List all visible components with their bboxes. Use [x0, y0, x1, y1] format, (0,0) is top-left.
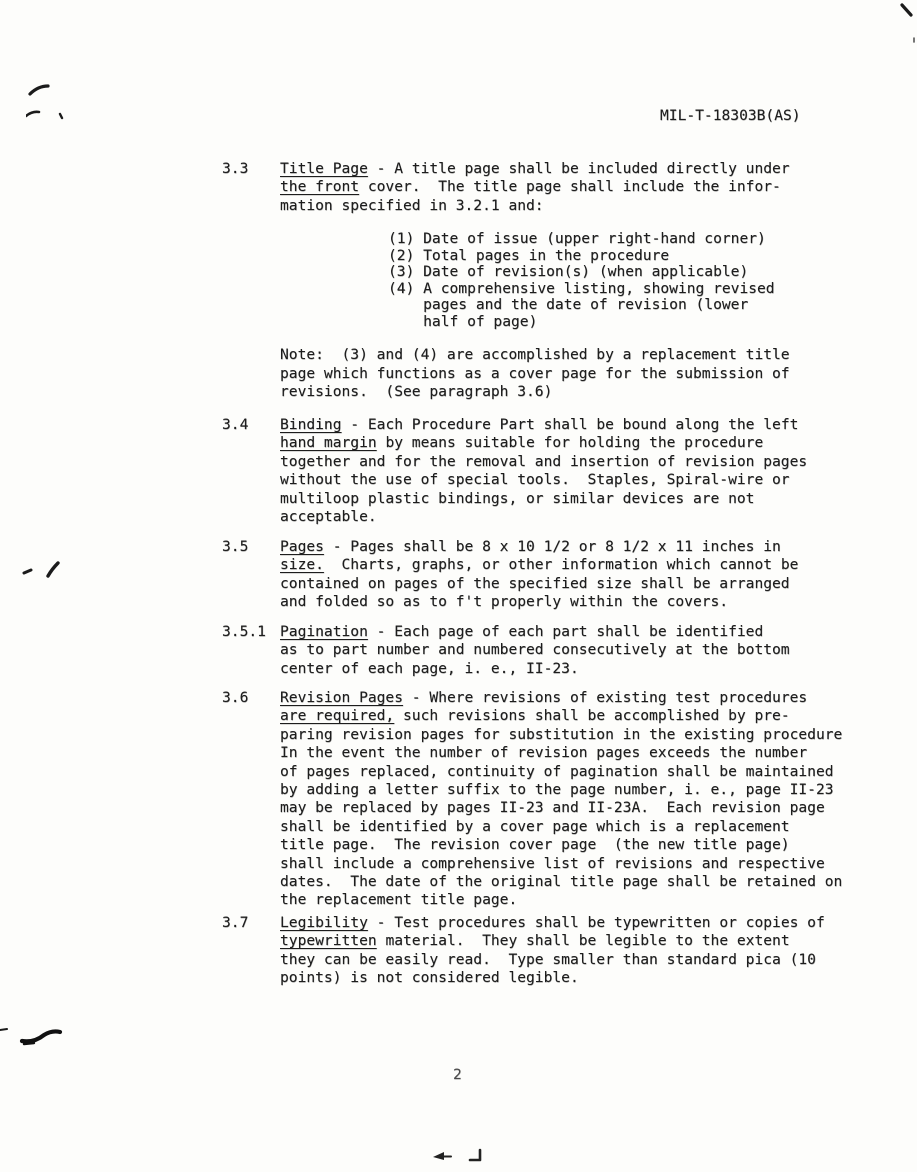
- section-number: 3.5.1: [222, 623, 280, 640]
- pen-mark-mid-left: [20, 560, 64, 580]
- text-line: as to part number and numbered consecuti…: [280, 641, 790, 659]
- line-text: cover. The title page shall include the …: [359, 178, 781, 195]
- note-paragraph: Note: (3) and (4) are accomplished by a …: [280, 346, 790, 401]
- text-line: the replacement title page.: [280, 891, 842, 909]
- text-line: half of page): [388, 314, 790, 331]
- section-number: 3.4: [222, 416, 280, 433]
- line-text: (2) Total pages in the procedure: [388, 247, 669, 264]
- section-body: Title Page - A title page shall be inclu…: [280, 160, 790, 401]
- line-text: - Each Procedure Part shall be bound alo…: [342, 416, 799, 433]
- text-line: Note: (3) and (4) are accomplished by a …: [280, 346, 790, 364]
- line-text: and folded so as to f't properly within …: [280, 593, 728, 610]
- line-text: paring revision pages for substitution i…: [280, 726, 842, 743]
- underlined-text: Revision Pages: [280, 689, 403, 706]
- section-number: 3.5: [222, 538, 280, 555]
- line-text: (3) Date of revision(s) (when applicable…: [388, 263, 748, 280]
- text-line: hand margin by means suitable for holdin…: [280, 434, 807, 452]
- text-line: (3) Date of revision(s) (when applicable…: [388, 264, 790, 281]
- print-artifact-bottom-center: [428, 1146, 492, 1168]
- section-3-5-1: 3.5.1 Pagination - Each page of each par…: [222, 623, 790, 678]
- paragraph: Pagination - Each page of each part shal…: [280, 623, 790, 678]
- text-line: In the event the number of revision page…: [280, 744, 842, 762]
- line-text: Charts, graphs, or other information whi…: [324, 556, 798, 573]
- line-text: by adding a letter suffix to the page nu…: [280, 781, 834, 798]
- line-text: pages and the date of revision (lower: [388, 296, 748, 313]
- line-text: page which functions as a cover page for…: [280, 365, 790, 382]
- text-line: page which functions as a cover page for…: [280, 365, 790, 383]
- text-line: size. Charts, graphs, or other informati…: [280, 556, 798, 574]
- pen-mark-bottom-left: [0, 1022, 70, 1050]
- line-text: Note: (3) and (4) are accomplished by a …: [280, 346, 790, 363]
- underlined-text: size.: [280, 556, 324, 573]
- text-line: they can be easily read. Type smaller th…: [280, 951, 825, 969]
- text-line: contained on pages of the specified size…: [280, 575, 798, 593]
- line-text: acceptable.: [280, 508, 377, 525]
- line-text: contained on pages of the specified size…: [280, 575, 790, 592]
- paragraph: Pages - Pages shall be 8 x 10 1/2 or 8 1…: [280, 538, 798, 612]
- section-3-7: 3.7 Legibility - Test procedures shall b…: [222, 914, 825, 988]
- text-line: Pages - Pages shall be 8 x 10 1/2 or 8 1…: [280, 538, 798, 556]
- underlined-text: Title Page: [280, 160, 368, 177]
- line-text: as to part number and numbered consecuti…: [280, 641, 790, 658]
- text-line: Revision Pages - Where revisions of exis…: [280, 689, 842, 707]
- text-line: Binding - Each Procedure Part shall be b…: [280, 416, 807, 434]
- text-line: typewritten material. They shall be legi…: [280, 932, 825, 950]
- line-text: dates. The date of the original title pa…: [280, 873, 842, 890]
- text-line: multiloop plastic bindings, or similar d…: [280, 490, 807, 508]
- underlined-text: are required,: [280, 707, 394, 724]
- text-line: shall include a comprehensive list of re…: [280, 855, 842, 873]
- section-body: Pagination - Each page of each part shal…: [280, 623, 790, 678]
- text-line: by adding a letter suffix to the page nu…: [280, 781, 842, 799]
- section-body: Revision Pages - Where revisions of exis…: [280, 689, 842, 910]
- line-text: without the use of special tools. Staple…: [280, 471, 790, 488]
- section-3-4: 3.4 Binding - Each Procedure Part shall …: [222, 416, 807, 526]
- text-line: points) is not considered legible.: [280, 969, 825, 987]
- text-line: may be replaced by pages II-23 and II-23…: [280, 799, 842, 817]
- line-text: multiloop plastic bindings, or similar d…: [280, 490, 754, 507]
- page-number: 2: [453, 1066, 462, 1083]
- underlined-text: Binding: [280, 416, 342, 433]
- line-text: shall be identified by a cover page whic…: [280, 818, 790, 835]
- spec-number: MIL-T-18303B(AS): [660, 107, 801, 124]
- section-number: 3.7: [222, 914, 280, 931]
- text-line: title page. The revision cover page (the…: [280, 836, 842, 854]
- paragraph: Title Page - A title page shall be inclu…: [280, 160, 790, 215]
- text-line: center of each page, i. e., II-23.: [280, 660, 790, 678]
- text-line: revisions. (See paragraph 3.6): [280, 383, 790, 401]
- underlined-text: Legibility: [280, 914, 368, 931]
- text-line: (4) A comprehensive listing, showing rev…: [388, 281, 790, 298]
- line-text: - Test procedures shall be typewritten o…: [368, 914, 825, 931]
- pen-mark-top-left: [26, 82, 76, 124]
- numbered-list: (1) Date of issue (upper right-hand corn…: [388, 231, 790, 330]
- line-text: by means suitable for holding the proced…: [377, 434, 764, 451]
- line-text: (1) Date of issue (upper right-hand corn…: [388, 230, 766, 247]
- line-text: title page. The revision cover page (the…: [280, 836, 790, 853]
- line-text: shall include a comprehensive list of re…: [280, 855, 825, 872]
- line-text: - Pages shall be 8 x 10 1/2 or 8 1/2 x 1…: [324, 538, 781, 555]
- section-3-3: 3.3 Title Page - A title page shall be i…: [222, 160, 790, 401]
- underlined-text: Pages: [280, 538, 324, 555]
- line-text: the replacement title page.: [280, 891, 517, 908]
- text-line: Title Page - A title page shall be inclu…: [280, 160, 790, 178]
- line-text: together and for the removal and inserti…: [280, 453, 807, 470]
- text-line: without the use of special tools. Staple…: [280, 471, 807, 489]
- text-line: acceptable.: [280, 508, 807, 526]
- text-line: are required, such revisions shall be ac…: [280, 707, 842, 725]
- pen-mark-top-right: [898, 2, 917, 46]
- line-text: of pages replaced, continuity of paginat…: [280, 763, 834, 780]
- line-text: - Where revisions of existing test proce…: [403, 689, 807, 706]
- line-text: half of page): [388, 313, 537, 330]
- line-text: revisions. (See paragraph 3.6): [280, 383, 552, 400]
- line-text: - Each page of each part shall be identi…: [368, 623, 763, 640]
- text-line: Pagination - Each page of each part shal…: [280, 623, 790, 641]
- paragraph: Legibility - Test procedures shall be ty…: [280, 914, 825, 988]
- section-3-6: 3.6 Revision Pages - Where revisions of …: [222, 689, 842, 910]
- text-line: together and for the removal and inserti…: [280, 453, 807, 471]
- text-line: (1) Date of issue (upper right-hand corn…: [388, 231, 790, 248]
- paragraph: Binding - Each Procedure Part shall be b…: [280, 416, 807, 526]
- text-line: Legibility - Test procedures shall be ty…: [280, 914, 825, 932]
- text-line: dates. The date of the original title pa…: [280, 873, 842, 891]
- text-line: pages and the date of revision (lower: [388, 297, 790, 314]
- line-text: mation specified in 3.2.1 and:: [280, 197, 544, 214]
- text-line: the front cover. The title page shall in…: [280, 178, 790, 196]
- section-body: Binding - Each Procedure Part shall be b…: [280, 416, 807, 526]
- line-text: (4) A comprehensive listing, showing rev…: [388, 280, 775, 297]
- line-text: In the event the number of revision page…: [280, 744, 807, 761]
- text-line: of pages replaced, continuity of paginat…: [280, 763, 842, 781]
- line-text: material. They shall be legible to the e…: [377, 932, 790, 949]
- text-line: (2) Total pages in the procedure: [388, 248, 790, 265]
- underlined-text: typewritten: [280, 932, 377, 949]
- section-body: Legibility - Test procedures shall be ty…: [280, 914, 825, 988]
- underlined-text: the front: [280, 178, 359, 195]
- line-text: - A title page shall be included directl…: [368, 160, 790, 177]
- line-text: they can be easily read. Type smaller th…: [280, 951, 816, 968]
- line-text: may be replaced by pages II-23 and II-23…: [280, 799, 825, 816]
- section-number: 3.3: [222, 160, 280, 177]
- line-text: center of each page, i. e., II-23.: [280, 660, 579, 677]
- line-text: such revisions shall be accomplished by …: [394, 707, 789, 724]
- text-line: mation specified in 3.2.1 and:: [280, 197, 790, 215]
- underlined-text: Pagination: [280, 623, 368, 640]
- text-line: shall be identified by a cover page whic…: [280, 818, 842, 836]
- line-text: points) is not considered legible.: [280, 969, 579, 986]
- text-line: and folded so as to f't properly within …: [280, 593, 798, 611]
- section-3-5: 3.5 Pages - Pages shall be 8 x 10 1/2 or…: [222, 538, 798, 612]
- underlined-text: hand margin: [280, 434, 377, 451]
- scanned-document-page: MIL-T-18303B(AS) 3.3 Title Page - A titl…: [0, 0, 917, 1172]
- section-body: Pages - Pages shall be 8 x 10 1/2 or 8 1…: [280, 538, 798, 612]
- section-number: 3.6: [222, 689, 280, 706]
- text-line: paring revision pages for substitution i…: [280, 726, 842, 744]
- paragraph: Revision Pages - Where revisions of exis…: [280, 689, 842, 910]
